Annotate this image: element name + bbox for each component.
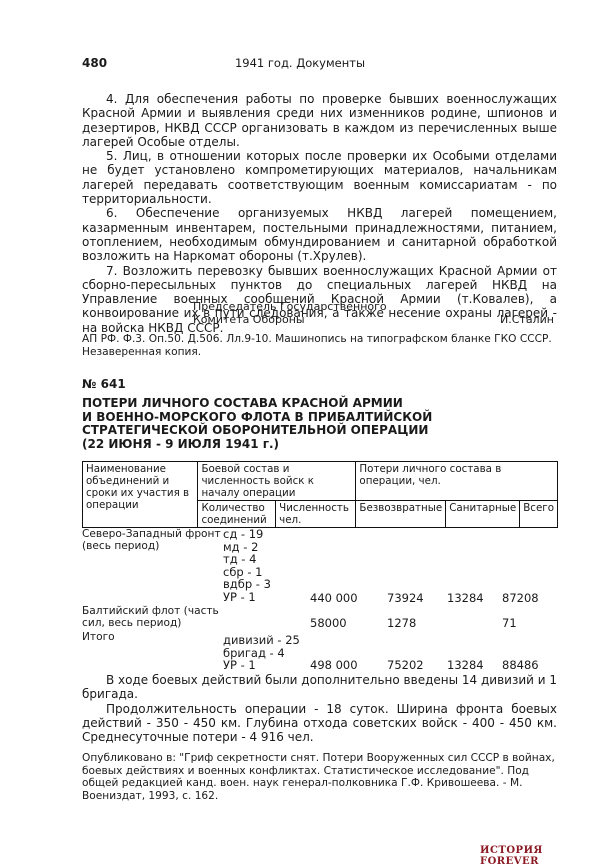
table-row: Итого дивизий - 25 бригад - 4 УР - 1 498…: [82, 631, 558, 671]
subheader-total: Всего: [520, 501, 558, 528]
row-sanitary: 13284: [447, 659, 484, 672]
subheader-irrecoverable: Безвозвратные: [356, 501, 446, 528]
header-losses: Потери личного состава в операции, чел.: [356, 462, 558, 501]
row-irrecoverable: 1278: [387, 617, 416, 630]
row-strength: 498 000: [310, 659, 358, 672]
row-total: 87208: [502, 592, 539, 605]
document-number: № 641: [82, 377, 126, 391]
document-title: ПОТЕРИ ЛИЧНОГО СОСТАВА КРАСНОЙ АРМИИ И В…: [82, 397, 552, 451]
table-row: Балтийский флот (часть сил, весь период)…: [82, 605, 558, 631]
row-irrecoverable: 73924: [387, 592, 424, 605]
table-row: Северо-Западный фронт (весь период) сд -…: [82, 528, 558, 603]
signature-position: Председатель Государственного Комитета О…: [193, 300, 387, 326]
losses-table-header: Наименование объединений и сроки их учас…: [82, 461, 558, 528]
previous-document-body: 4. Для обеспечения работы по проверке бы…: [82, 92, 557, 335]
row-strength: 58000: [310, 617, 347, 630]
header-combat-strength: Боевой состав и численность войск к нача…: [198, 462, 356, 501]
archive-note: АП РФ. Ф.3. Оп.50. Д.506. Лл.9-10. Машин…: [82, 333, 557, 359]
row-name: Балтийский флот (часть сил, весь период): [82, 605, 222, 629]
paragraph-5: 5. Лиц, в отношении которых после провер…: [82, 149, 557, 206]
document-notes: В ходе боевых действий были дополнительн…: [82, 673, 557, 744]
paragraph-6: 6. Обеспечение организуемых НКВД лагерей…: [82, 206, 557, 263]
subheader-formations: Количество соединений: [198, 501, 276, 528]
row-name: Итого: [82, 631, 222, 643]
subheader-strength: Численность чел.: [276, 501, 356, 528]
watermark: ИСТОРИЯ FOREVER: [480, 845, 600, 865]
row-strength: 440 000: [310, 592, 358, 605]
row-units: дивизий - 25 бригад - 4 УР - 1: [223, 634, 300, 672]
running-head: 1941 год. Документы: [0, 56, 600, 70]
row-total: 88486: [502, 659, 539, 672]
signature-name: И.Сталин: [500, 313, 554, 326]
subheader-sanitary: Санитарные: [446, 501, 520, 528]
source-citation: Опубликовано в: "Гриф секретности снят. …: [82, 752, 557, 802]
row-sanitary: 13284: [447, 592, 484, 605]
note-reinforcements: В ходе боевых действий были дополнительн…: [82, 673, 557, 702]
header-unit-name: Наименование объединений и сроки их учас…: [83, 462, 198, 528]
note-duration: Продолжительность операции - 18 суток. Ш…: [82, 702, 557, 745]
row-units: сд - 19 мд - 2 тд - 4 сбр - 1 вдбр - 3 У…: [223, 528, 271, 603]
row-name: Северо-Западный фронт (весь период): [82, 528, 222, 552]
row-total: 71: [502, 617, 517, 630]
paragraph-4: 4. Для обеспечения работы по проверке бы…: [82, 92, 557, 149]
row-irrecoverable: 75202: [387, 659, 424, 672]
